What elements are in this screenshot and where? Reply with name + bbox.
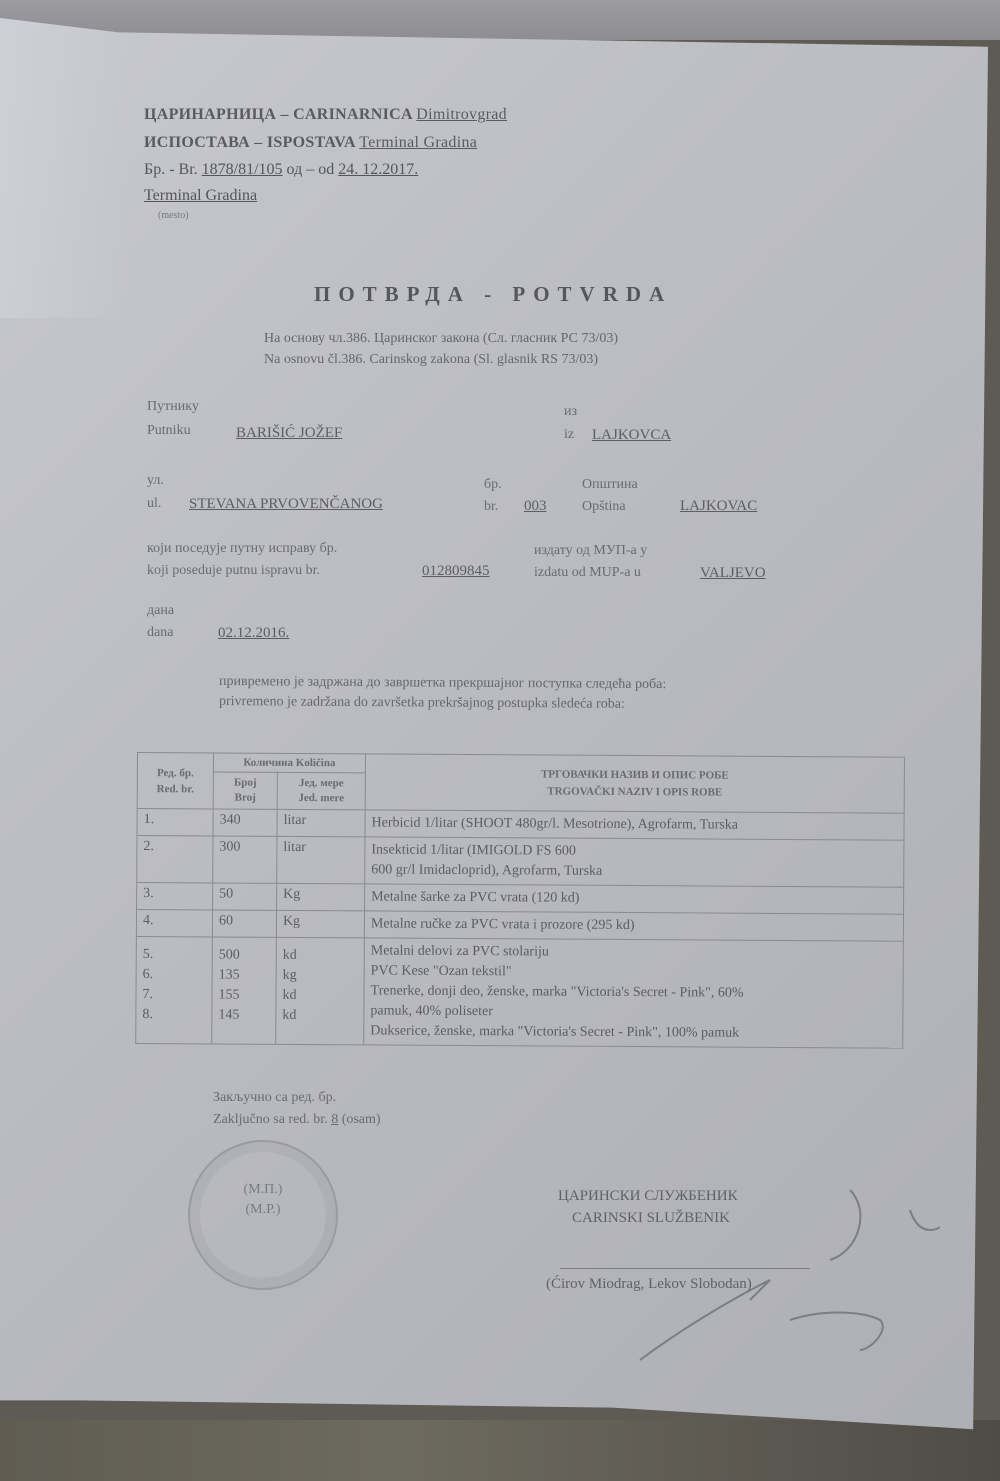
cell-ordinal: 2. xyxy=(137,836,213,883)
cell-ordinal: 5.6.7.8. xyxy=(136,936,213,1043)
house-number-value: 003 xyxy=(524,498,547,515)
place-value: Terminal Gradina xyxy=(144,187,257,205)
street-value: STEVANA PRVOVENČANOG xyxy=(189,496,383,513)
description-line: Dukserice, ženske, marka "Victoria's Sec… xyxy=(370,1021,896,1044)
house-number-label-cyrillic: бр. xyxy=(484,477,502,493)
reference-date-value: 24. 12.2017. xyxy=(338,161,418,178)
cell-description: Herbicid 1/litar (SHOOT 480gr/l. Mesotri… xyxy=(365,810,904,840)
branch-line: ИСПОСТАВА – ISPOSTAVA Terminal Gradina xyxy=(144,134,477,152)
closing-cyrillic: Закључно са ред. бр. xyxy=(213,1090,336,1106)
column-header-unit: Јед. мере Jed. mere xyxy=(277,772,365,810)
cell-ordinal: 1. xyxy=(137,809,213,836)
closing-number: 8 xyxy=(331,1112,338,1127)
customs-office-label: ЦАРИНАРНИЦА – CARINARNICA xyxy=(144,106,412,123)
cell-description: Metalne šarke za PVC vrata (120 kd) xyxy=(365,884,904,914)
reference-number-value: 1878/81/105 xyxy=(202,161,283,178)
customs-office-line: ЦАРИНАРНИЦА – CARINARNICA Dimitrovgrad xyxy=(144,106,507,124)
travel-document-number: 012809845 xyxy=(422,563,490,580)
from-label-latin: iz xyxy=(564,427,574,443)
customs-office-value: Dimitrovgrad xyxy=(416,106,507,123)
issued-by-value: VALJEVO xyxy=(700,565,766,582)
cell-line: kd xyxy=(283,946,358,966)
cell-count: 60 xyxy=(212,910,276,937)
municipality-label-cyrillic: Општина xyxy=(582,477,638,493)
municipality-value: LAJKOVAC xyxy=(680,498,757,515)
cell-line: 7. xyxy=(142,985,205,1005)
street-label-cyrillic: ул. xyxy=(147,473,164,489)
travel-document-label-latin: koji poseduje putnu ispravu br. xyxy=(147,563,320,579)
place-caption: (mesto) xyxy=(158,210,189,221)
cell-count: 500135155145 xyxy=(212,937,277,1044)
cell-line: 500 xyxy=(219,946,270,966)
from-label-cyrillic: из xyxy=(564,404,577,420)
background-desk xyxy=(0,1420,1000,1481)
legal-basis-cyrillic: На основу чл.386. Царинског закона (Сл. … xyxy=(264,331,618,347)
cell-line: kd xyxy=(282,1006,357,1026)
municipality-label-latin: Opština xyxy=(582,499,626,515)
cell-line: 5. xyxy=(143,945,206,965)
cell-line: kg xyxy=(283,966,358,986)
branch-label: ИСПОСТАВА – ISPOSTAVA xyxy=(144,134,355,151)
stamp-label-latin: (M.P.) xyxy=(190,1202,336,1218)
issued-by-label-latin: izdatu od MUP-a u xyxy=(534,565,641,581)
description-line: 600 gr/l Imidacloprid), Agrofarm, Turska xyxy=(371,860,897,883)
description-line: Metalne šarke za PVC vrata (120 kd) xyxy=(371,887,897,910)
closing-latin-prefix: Zaključno sa red. br. xyxy=(213,1112,328,1127)
branch-value: Terminal Gradina xyxy=(359,134,477,151)
cell-unit: litar xyxy=(277,836,365,884)
travel-document-label-cyrillic: који поседује путну исправу бр. xyxy=(147,541,337,557)
cell-count: 300 xyxy=(213,836,277,883)
house-number-label-latin: br. xyxy=(484,499,498,515)
cell-description: Metalne ručke za PVC vrata i prozore (29… xyxy=(364,911,903,941)
date-label-latin: dana xyxy=(147,625,173,641)
cell-line: kd xyxy=(282,986,357,1006)
cell-line: 6. xyxy=(143,965,206,985)
reference-number-label: Бр. - Br. xyxy=(144,161,198,178)
street-label-latin: ul. xyxy=(147,496,161,512)
cell-unit: Kg xyxy=(277,883,365,911)
stamp-label-cyrillic: (М.П.) xyxy=(190,1182,336,1198)
cell-unit: litar xyxy=(277,809,365,837)
closing-number-words: (osam) xyxy=(342,1112,381,1127)
traveler-label-cyrillic: Путнику xyxy=(147,399,199,415)
goods-table: Ред. бр. Red. br. Количина Količina ТРГО… xyxy=(135,752,905,1049)
cell-ordinal: 4. xyxy=(136,910,212,937)
description-line: Herbicid 1/litar (SHOOT 480gr/l. Mesotri… xyxy=(372,813,898,836)
cell-count: 340 xyxy=(213,809,277,836)
table-row-grouped: 5.6.7.8.500135155145kdkgkdkdMetalni delo… xyxy=(136,936,904,1048)
column-header-ordinal: Ред. бр. Red. br. xyxy=(137,753,213,809)
reference-line: Бр. - Br. 1878/81/105 од – od 24. 12.201… xyxy=(144,161,418,179)
cell-description: Metalni delovi za PVC stolarijuPVC Kese … xyxy=(364,938,904,1048)
traveler-label-latin: Putniku xyxy=(147,423,191,439)
reference-date-label: од – od xyxy=(287,161,335,178)
traveler-name: BARIŠIĆ JOŽEF xyxy=(236,425,342,442)
cell-description: Insekticid 1/litar (IMIGOLD FS 600600 gr… xyxy=(365,837,904,887)
column-header-description: ТРГОВАЧКИ НАЗИВ И ОПИС РОБЕ TRGOVAČKI NA… xyxy=(365,754,904,813)
closing-latin: Zaključno sa red. br. 8 (osam) xyxy=(213,1112,381,1128)
cell-unit: Kg xyxy=(276,910,364,938)
description-line: Metalne ručke za PVC vrata i prozore (29… xyxy=(371,914,897,937)
date-label-cyrillic: дана xyxy=(147,603,174,619)
cell-count: 50 xyxy=(213,883,277,910)
cell-ordinal: 3. xyxy=(137,883,213,910)
cell-line: 155 xyxy=(218,986,269,1006)
retained-goods-latin: privremeno je zadržana do završetka prek… xyxy=(219,694,625,713)
cell-line: 145 xyxy=(218,1006,269,1026)
cell-unit: kdkgkdkd xyxy=(276,937,365,1045)
column-header-count: Број Broj xyxy=(213,772,277,809)
document-title: ПОТВРДА - POTVRDA xyxy=(314,282,672,307)
handwritten-signature xyxy=(620,1180,940,1380)
date-value: 02.12.2016. xyxy=(218,625,289,642)
issued-by-label-cyrillic: издату од МУП-а у xyxy=(534,543,647,559)
paper-fold-shade xyxy=(0,18,130,318)
cell-line: 135 xyxy=(219,966,270,986)
table-row: 2.300litarInsekticid 1/litar (IMIGOLD FS… xyxy=(137,836,904,888)
legal-basis-latin: Na osnovu čl.386. Carinskog zakona (Sl. … xyxy=(264,352,598,368)
from-value: LAJKOVCA xyxy=(592,427,671,444)
column-header-quantity: Количина Količina xyxy=(213,753,365,773)
official-stamp: (М.П.) (M.P.) xyxy=(188,1140,338,1290)
cell-line: 8. xyxy=(142,1005,205,1025)
retained-goods-cyrillic: привремено је задржана до завршетка прек… xyxy=(219,674,666,693)
